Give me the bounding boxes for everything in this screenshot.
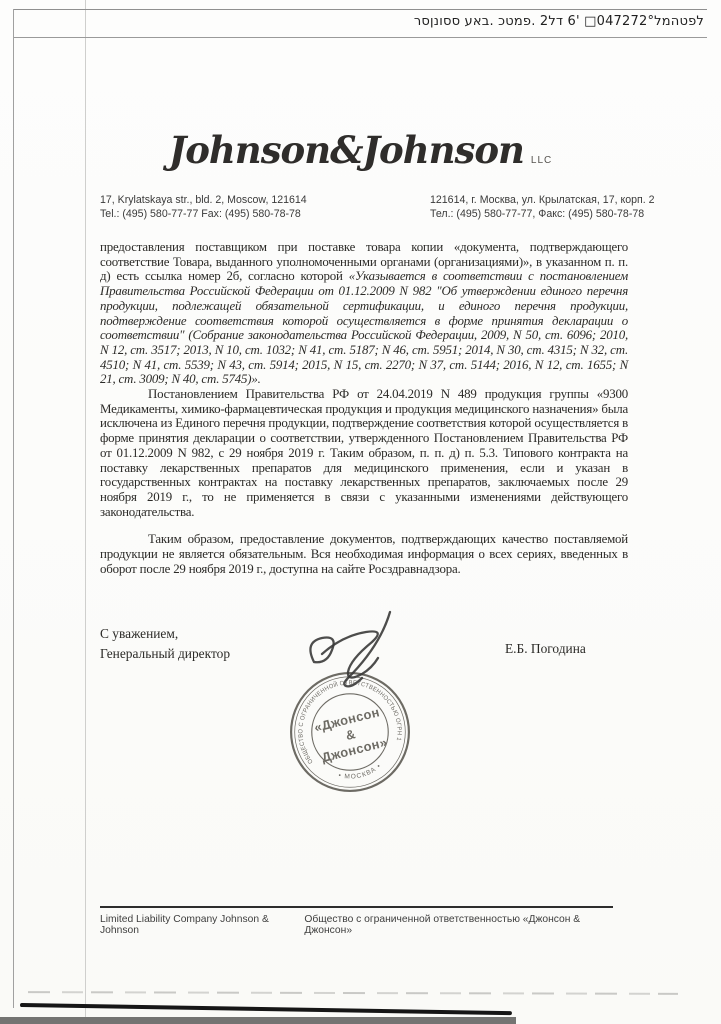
scan-black-line	[20, 1003, 512, 1015]
footer: Limited Liability Company Johnson & John…	[100, 914, 621, 936]
signer-name: Е.Б. Погодина	[505, 641, 586, 657]
footer-right-text: Общество с ограниченной ответственностью…	[304, 914, 621, 936]
closing-regards: С уважением,	[100, 624, 230, 644]
company-logo-script: Johnson&Johnson	[169, 128, 524, 172]
scan-header-band-border	[13, 37, 707, 38]
closing-block: С уважением, Генеральный директор	[100, 624, 230, 663]
letter-body: предоставления поставщиком при поставке …	[100, 240, 628, 576]
footer-rule	[100, 906, 613, 908]
address-en-line2: Tel.: (495) 580-77-77 Fax: (495) 580-78-…	[100, 208, 307, 222]
address-ru-line2: Тел.: (495) 580-77-77, Факс: (495) 580-7…	[430, 208, 655, 222]
paragraph-1-quote: «Указывается в соответствии с постановле…	[100, 269, 628, 386]
paragraph-3: Таким образом, предоставление документов…	[100, 532, 628, 576]
paragraph-1: предоставления поставщиком при поставке …	[100, 240, 628, 387]
footer-left-text: Limited Liability Company Johnson & John…	[100, 914, 304, 936]
address-en-line1: 17, Krylatskaya str., bld. 2, Moscow, 12…	[100, 194, 307, 208]
fax-header-text: רסןנוסס עאב. כטמפ. 2לד 6' □047272°למהטפל	[414, 14, 704, 29]
company-logo: Johnson&JohnsonLLC	[0, 128, 721, 172]
signature-scribble	[294, 610, 434, 690]
address-block-en: 17, Krylatskaya str., bld. 2, Moscow, 12…	[100, 194, 307, 221]
scan-smudge-line	[28, 991, 678, 995]
scan-top-border	[13, 9, 707, 10]
paragraph-2: Постановлением Правительства РФ от 24.04…	[100, 387, 628, 519]
closing-title: Генеральный директор	[100, 644, 230, 664]
seal-center-line2: &	[344, 726, 357, 743]
scan-bottom-band	[0, 1017, 516, 1024]
company-logo-llc: LLC	[531, 155, 552, 166]
address-block-ru: 121614, г. Москва, ул. Крылатская, 17, к…	[430, 194, 655, 221]
scanned-letter-page: רסןנוסס עאב. כטמפ. 2לד 6' □047272°למהטפל…	[0, 0, 721, 1024]
seal-ring-bottom-text: • МОСКВА •	[336, 762, 384, 785]
address-ru-line1: 121614, г. Москва, ул. Крылатская, 17, к…	[430, 194, 655, 208]
